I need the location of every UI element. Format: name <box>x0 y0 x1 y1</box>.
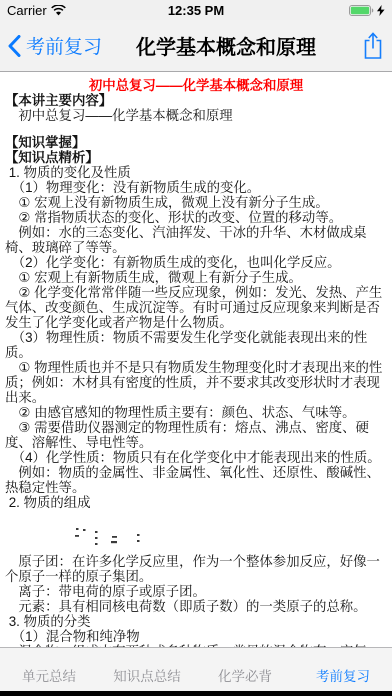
share-icon <box>362 31 384 60</box>
carrier-label: Carrier <box>7 3 47 18</box>
section-heading: 【知识掌握】 <box>5 135 387 150</box>
particle-diagram-figure <box>5 510 387 554</box>
share-button[interactable] <box>350 31 384 60</box>
content-paragraph: （1）物理变化：没有新物质生成的变化。 <box>5 180 387 195</box>
tab-unit-summary[interactable]: 单元总结 <box>0 648 98 691</box>
tab-label: 考前复习 <box>316 665 370 685</box>
content-paragraph: 1. 物质的变化及性质 <box>5 165 387 180</box>
navigation-bar: 考前复习 化学基本概念和原理 <box>0 20 392 72</box>
content-paragraph: 离子：带电荷的原子或原子团。 <box>5 584 387 599</box>
content-paragraph: （4）化学性质：物质只有在化学变化中才能表现出来的性质。 <box>5 450 387 465</box>
document-scroll-area[interactable]: 初中总复习——化学基本概念和原理 【本讲主要内容】 初中总复习——化学基本概念和… <box>0 72 392 647</box>
wifi-icon <box>51 5 66 16</box>
content-paragraph: 2. 物质的组成 <box>5 495 387 510</box>
section-heading: 【知识点精析】 <box>5 150 387 165</box>
tab-knowledge-points[interactable]: 知识点总结 <box>98 648 196 691</box>
content-paragraph: （1）混合物和纯净物 <box>5 629 387 644</box>
content-paragraph: 例如：物质的金属性、非金属性、氧化性、还原性、酸碱性、热稳定性等。 <box>5 465 387 495</box>
content-paragraph: ② 常指物质状态的变化、形状的改变、位置的移动等。 <box>5 210 387 225</box>
content-paragraph: ① 物理性质也并不是只有物质发生物理变化时才表现出来的性质；例如：木材具有密度的… <box>5 360 387 405</box>
content-paragraph: 元素：具有相同核电荷数（即质子数）的一类原子的总称。 <box>5 599 387 614</box>
tab-bar: 单元总结 知识点总结 化学必背 考前复习 <box>0 647 392 691</box>
content-paragraph: （2）化学变化：有新物质生成的变化，也叫化学反应。 <box>5 255 387 270</box>
tab-pre-exam-review[interactable]: 考前复习 <box>294 648 392 691</box>
tab-label: 知识点总结 <box>113 665 181 685</box>
content-paragraph: ② 由感官感知的物理性质主要有：颜色、状态、气味等。 <box>5 405 387 420</box>
battery-icon <box>349 5 374 16</box>
content-paragraph: ② 化学变化常常伴随一些反应现象，例如：发光、发热、产生气体、改变颜色、生成沉淀… <box>5 285 387 330</box>
back-button[interactable]: 考前复习 <box>8 32 102 59</box>
content-paragraph: 初中总复习——化学基本概念和原理 <box>5 108 387 123</box>
back-chevron-icon <box>8 35 21 57</box>
status-bar: Carrier 12:35 PM <box>0 0 392 20</box>
charging-bolt-icon <box>377 5 385 16</box>
clock: 12:35 PM <box>127 3 265 18</box>
document-heading: 初中总复习——化学基本概念和原理 <box>5 78 387 93</box>
app-window: Carrier 12:35 PM <box>0 0 392 696</box>
content-paragraph: 原子团：在许多化学反应里，作为一个整体参加反应，好像一个原子一样的原子集团。 <box>5 554 387 584</box>
window-bottom-edge <box>0 691 392 696</box>
blank-line <box>5 123 387 135</box>
content-paragraph: ① 宏观上没有新物质生成，微观上没有新分子生成。 <box>5 195 387 210</box>
page-title: 化学基本概念和原理 <box>102 31 350 60</box>
tab-label: 单元总结 <box>22 665 76 685</box>
content-paragraph: ③ 需要借助仪器测定的物理性质有：熔点、沸点、密度、硬度、溶解性、导电性等。 <box>5 420 387 450</box>
content-paragraph: 例如：水的三态变化、汽油挥发、干冰的升华、木材做成桌椅、玻璃碎了等等。 <box>5 225 387 255</box>
tab-label: 化学必背 <box>218 665 272 685</box>
content-paragraph: （3）物理性质：物质不需要发生化学变化就能表现出来的性质。 <box>5 330 387 360</box>
tab-chemistry-must-know[interactable]: 化学必背 <box>196 648 294 691</box>
content-paragraph: ① 宏观上有新物质生成，微观上有新分子生成。 <box>5 270 387 285</box>
section-heading: 【本讲主要内容】 <box>5 93 387 108</box>
back-button-label: 考前复习 <box>26 32 102 59</box>
content-paragraph: 3. 物质的分类 <box>5 614 387 629</box>
